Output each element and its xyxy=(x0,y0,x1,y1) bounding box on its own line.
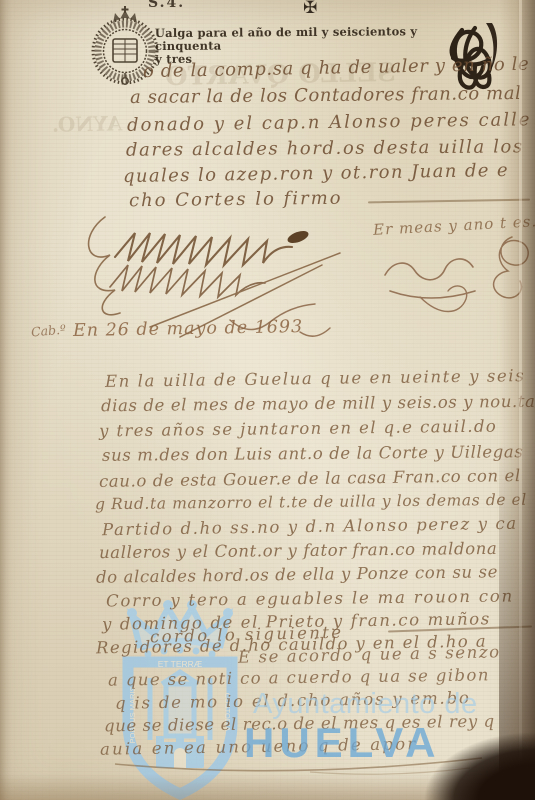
manuscript-line: dias de el mes de mayo de mill y seis.os… xyxy=(101,392,535,416)
manuscript-line: En la uilla de Guelua q ue en ueinte y s… xyxy=(105,366,526,391)
page-left-edge xyxy=(0,0,12,800)
manuscript-line: dares alcaldes hord.os desta uilla los xyxy=(126,136,524,160)
manuscript-line: y tres años se juntaron en el q.e cauil.… xyxy=(99,417,497,441)
bleedthrough-text: AYNO. xyxy=(52,111,123,136)
manuscript-line: Corro y tero a eguables le ma rouon con xyxy=(106,587,514,611)
signature-rubric-2 xyxy=(110,265,265,297)
margin-note: Cab.º xyxy=(30,322,66,340)
manuscript-line: sus m.des don Luis ant.o de la Corte y U… xyxy=(102,442,524,465)
manuscript-line: Partido d.ho ss.no y d.n Alonso perez y … xyxy=(102,514,518,540)
date-line: En 26 de mayo de 1693 xyxy=(73,317,304,341)
manuscript-line: a sacar la de los Contadores fran.co mal xyxy=(130,83,522,108)
manuscript-line: quales lo azep.ron y ot.ron Juan de e xyxy=(123,160,509,187)
binding-shadow xyxy=(499,0,535,800)
manuscript-line: g Rud.ta manzorro el t.te de uilla y los… xyxy=(95,491,527,514)
stamp-legend-line1: Ualga para el año de mil y seiscientos y… xyxy=(155,25,455,53)
manuscript-line: E se acordo q ue a s senzo xyxy=(238,642,501,666)
crest-motto-top: ET TERRÆ xyxy=(158,659,203,669)
cross-icon: ✠ xyxy=(303,0,317,18)
dark-corner-shadow xyxy=(385,710,535,800)
manuscript-line: ualleros y el Cont.or y fator fran.co ma… xyxy=(99,539,498,562)
manuscript-line: cau.o de esta Gouer.e de la casa Fran.co… xyxy=(99,466,521,491)
manuscript-line: a que se noti co a cuerdo q ua se gibon xyxy=(108,665,490,689)
manuscript-line: do alcaldes hord.os de ella y Ponze con … xyxy=(96,562,498,587)
manuscript-line: donado y el cap.n Alonso peres calle xyxy=(127,109,532,136)
manuscript-page: SELLO QVARTO AYNO. S.4. ✠ Ualga para el … xyxy=(0,0,535,800)
signature-rubric-1 xyxy=(115,233,292,265)
